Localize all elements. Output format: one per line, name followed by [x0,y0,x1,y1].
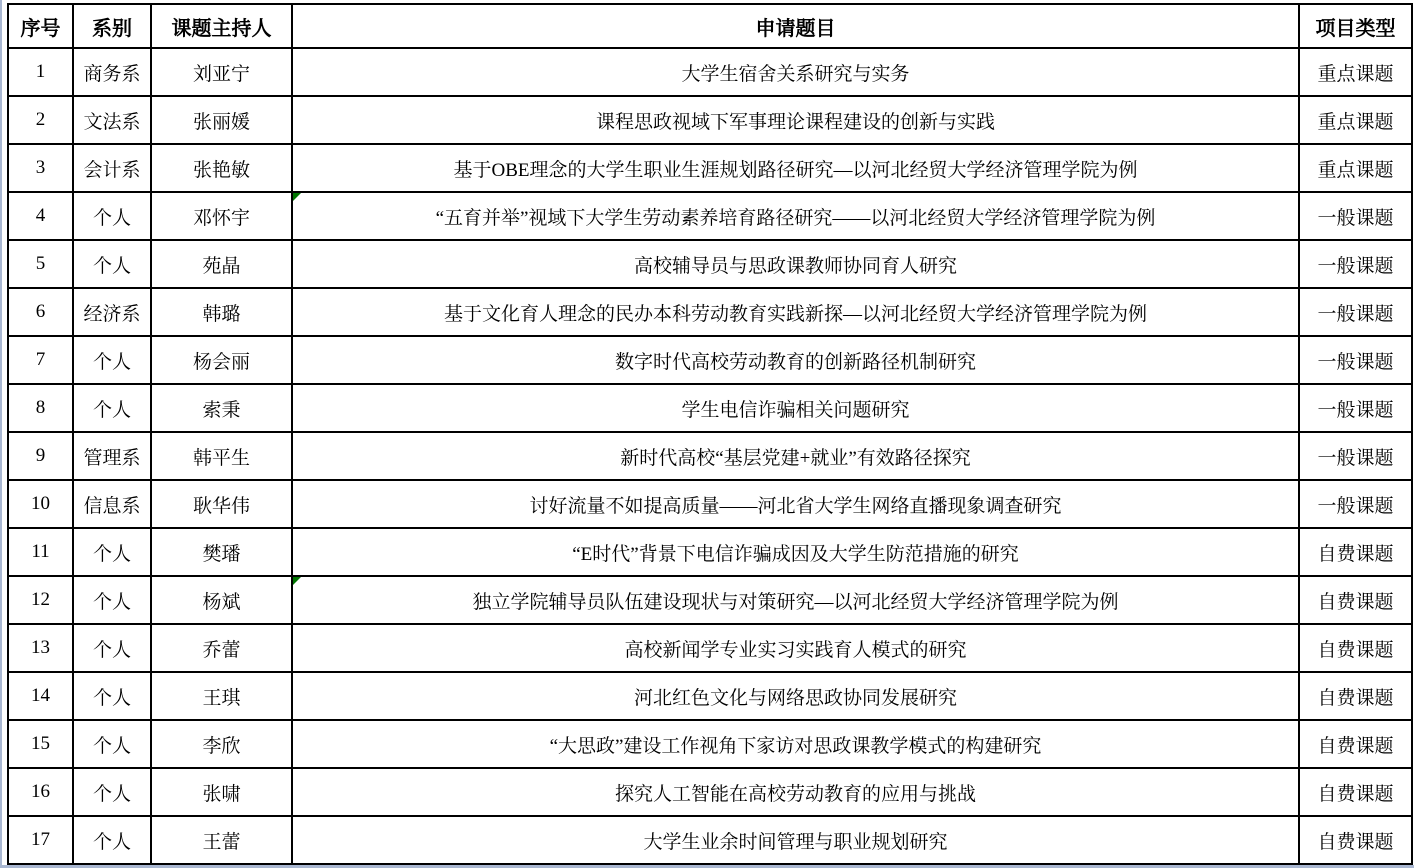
cell-title[interactable]: 探究人工智能在高校劳动教育的应用与挑战 [292,768,1299,816]
cell-text: 韩璐 [202,304,240,325]
cell-seq[interactable]: 14 [8,672,73,720]
cell-text: 杨斌 [202,592,240,613]
cell-text: 自费课题 [1317,736,1393,757]
cell-text: 7 [36,349,46,370]
cell-text: 重点课题 [1317,160,1393,181]
cell-seq[interactable]: 10 [8,480,73,528]
cell-text: 一般课题 [1317,256,1393,277]
cell-text: 个人 [93,688,131,709]
cell-title[interactable]: 基于OBE理念的大学生职业生涯规划路径研究—以河北经贸大学经济管理学院为例 [292,144,1299,192]
cell-dept[interactable]: 会计系 [73,144,151,192]
cell-text: 个人 [93,640,131,661]
cell-type[interactable]: 自费课题 [1299,672,1412,720]
cell-title[interactable]: 课程思政视域下军事理论课程建设的创新与实践 [292,96,1299,144]
column-header-leader[interactable]: 课题主持人 [151,4,292,48]
cell-type[interactable]: 重点课题 [1299,144,1412,192]
cell-text: 李欣 [202,736,240,757]
table-row: 3会计系张艳敏基于OBE理念的大学生职业生涯规划路径研究—以河北经贸大学经济管理… [8,144,1412,192]
cell-seq[interactable]: 7 [8,336,73,384]
cell-text: 基于OBE理念的大学生职业生涯规划路径研究—以河北经贸大学经济管理学院为例 [453,160,1137,181]
cell-leader[interactable]: 张啸 [151,768,292,816]
table-row: 8个人索秉学生电信诈骗相关问题研究一般课题 [8,384,1412,432]
cell-type[interactable]: 自费课题 [1299,624,1412,672]
cell-title[interactable]: 新时代高校“基层党建+就业”有效路径探究 [292,432,1299,480]
cell-text: 10 [31,493,50,514]
cell-leader[interactable]: 耿华伟 [151,480,292,528]
cell-text: 高校新闻学专业实习实践育人模式的研究 [624,640,966,661]
cell-text: 刘亚宁 [193,64,250,85]
cell-text: 个人 [93,352,131,373]
cell-text: 14 [31,685,50,706]
sheet-edge-left [0,0,2,868]
table-row: 1商务系刘亚宁大学生宿舍关系研究与实务重点课题 [8,48,1412,96]
cell-leader[interactable]: 杨会丽 [151,336,292,384]
cell-text: 商务系 [83,64,140,85]
cell-text: 讨好流量不如提高质量——河北省大学生网络直播现象调查研究 [529,496,1061,517]
column-header-seq[interactable]: 序号 [8,4,73,48]
cell-text: 一般课题 [1317,208,1393,229]
cell-leader[interactable]: 韩平生 [151,432,292,480]
cell-type[interactable]: 一般课题 [1299,240,1412,288]
cell-dept[interactable]: 个人 [73,624,151,672]
cell-seq[interactable]: 17 [8,816,73,864]
column-header-type[interactable]: 项目类型 [1299,4,1412,48]
cell-seq[interactable]: 2 [8,96,73,144]
cell-type[interactable]: 一般课题 [1299,336,1412,384]
cell-text: 大学生宿舍关系研究与实务 [681,64,909,85]
cell-title[interactable]: “大思政”建设工作视角下家访对思政课教学模式的构建研究 [292,720,1299,768]
cell-dept[interactable]: 文法系 [73,96,151,144]
cell-dept[interactable]: 信息系 [73,480,151,528]
cell-leader[interactable]: 索秉 [151,384,292,432]
cell-type[interactable]: 自费课题 [1299,768,1412,816]
cell-text: 个人 [93,784,131,805]
cell-seq[interactable]: 11 [8,528,73,576]
cell-seq[interactable]: 8 [8,384,73,432]
cell-dept[interactable]: 经济系 [73,288,151,336]
cell-dept[interactable]: 个人 [73,672,151,720]
cell-text: 邓怀宇 [193,208,250,229]
cell-dept[interactable]: 个人 [73,720,151,768]
cell-text: 一般课题 [1317,496,1393,517]
table-row: 12个人杨斌独立学院辅导员队伍建设现状与对策研究—以河北经贸大学经济管理学院为例… [8,576,1412,624]
cell-seq[interactable]: 1 [8,48,73,96]
cell-type[interactable]: 一般课题 [1299,432,1412,480]
cell-title[interactable]: 大学生宿舍关系研究与实务 [292,48,1299,96]
cell-text: 大学生业余时间管理与职业规划研究 [643,832,947,853]
table-body: 1商务系刘亚宁大学生宿舍关系研究与实务重点课题2文法系张丽媛课程思政视域下军事理… [8,48,1412,864]
cell-error-indicator-icon [293,577,301,585]
cell-text: 个人 [93,208,131,229]
cell-text: 王琪 [202,688,240,709]
cell-title[interactable]: “E时代”背景下电信诈骗成因及大学生防范措施的研究 [292,528,1299,576]
cell-text: 杨会丽 [193,352,250,373]
table-row: 16个人张啸探究人工智能在高校劳动教育的应用与挑战自费课题 [8,768,1412,816]
cell-text: 重点课题 [1317,64,1393,85]
cell-text: 5 [36,253,46,274]
cell-seq[interactable]: 16 [8,768,73,816]
cell-text: 自费课题 [1317,688,1393,709]
cell-text: 河北红色文化与网络思政协同发展研究 [634,688,957,709]
cell-text: “五育并举”视域下大学生劳动素养培育路径研究——以河北经贸大学经济管理学院为例 [436,208,1156,229]
cell-type[interactable]: 一般课题 [1299,288,1412,336]
cell-text: 8 [36,397,46,418]
cell-text: 一般课题 [1317,400,1393,421]
cell-seq[interactable]: 9 [8,432,73,480]
cell-type[interactable]: 重点课题 [1299,48,1412,96]
table-row: 2文法系张丽媛课程思政视域下军事理论课程建设的创新与实践重点课题 [8,96,1412,144]
cell-type[interactable]: 一般课题 [1299,192,1412,240]
cell-text: 新时代高校“基层党建+就业”有效路径探究 [620,448,971,469]
cell-dept[interactable]: 个人 [73,576,151,624]
cell-title[interactable]: 学生电信诈骗相关问题研究 [292,384,1299,432]
table-row: 14个人王琪河北红色文化与网络思政协同发展研究自费课题 [8,672,1412,720]
cell-text: 张艳敏 [193,160,250,181]
cell-type[interactable]: 一般课题 [1299,480,1412,528]
cell-leader[interactable]: 乔蕾 [151,624,292,672]
cell-text: 张啸 [202,784,240,805]
cell-text: 独立学院辅导员队伍建设现状与对策研究—以河北经贸大学经济管理学院为例 [472,592,1118,613]
cell-title[interactable]: 讨好流量不如提高质量——河北省大学生网络直播现象调查研究 [292,480,1299,528]
cell-text: 个人 [93,400,131,421]
cell-title[interactable]: 高校辅导员与思政课教师协同育人研究 [292,240,1299,288]
cell-dept[interactable]: 个人 [73,240,151,288]
cell-type[interactable]: 自费课题 [1299,720,1412,768]
cell-text: 一般课题 [1317,448,1393,469]
cell-text: 王蕾 [202,832,240,853]
column-header-label: 申请题目 [756,18,836,40]
cell-seq[interactable]: 15 [8,720,73,768]
cell-title[interactable]: 基于文化育人理念的民办本科劳动教育实践新探—以河北经贸大学经济管理学院为例 [292,288,1299,336]
cell-leader[interactable]: 杨斌 [151,576,292,624]
cell-title[interactable]: 数字时代高校劳动教育的创新路径机制研究 [292,336,1299,384]
cell-text: 自费课题 [1317,592,1393,613]
cell-seq[interactable]: 5 [8,240,73,288]
cell-type[interactable]: 自费课题 [1299,576,1412,624]
cell-dept[interactable]: 商务系 [73,48,151,96]
cell-text: 课程思政视域下军事理论课程建设的创新与实践 [596,112,995,133]
cell-text: 张丽媛 [193,112,250,133]
cell-text: 樊璠 [202,544,240,565]
cell-leader[interactable]: 王蕾 [151,816,292,864]
cell-text: 15 [31,733,50,754]
cell-type[interactable]: 自费课题 [1299,816,1412,864]
cell-text: 13 [31,637,50,658]
cell-text: 乔蕾 [202,640,240,661]
table-row: 15个人李欣“大思政”建设工作视角下家访对思政课教学模式的构建研究自费课题 [8,720,1412,768]
cell-text: 经济系 [83,304,140,325]
cell-text: 数字时代高校劳动教育的创新路径机制研究 [615,352,976,373]
cell-text: “E时代”背景下电信诈骗成因及大学生防范措施的研究 [572,544,1018,565]
cell-text: 12 [31,589,50,610]
column-header-label: 序号 [21,18,61,40]
cell-error-indicator-icon [293,193,301,201]
cell-text: 9 [36,445,46,466]
cell-text: 学生电信诈骗相关问题研究 [681,400,909,421]
table-row: 5个人苑晶高校辅导员与思政课教师协同育人研究一般课题 [8,240,1412,288]
cell-leader[interactable]: 韩璐 [151,288,292,336]
table-row: 4个人邓怀宇“五育并举”视域下大学生劳动素养培育路径研究——以河北经贸大学经济管… [8,192,1412,240]
table-row: 13个人乔蕾高校新闻学专业实习实践育人模式的研究自费课题 [8,624,1412,672]
cell-dept[interactable]: 个人 [73,384,151,432]
cell-dept[interactable]: 管理系 [73,432,151,480]
table-row: 6经济系韩璐基于文化育人理念的民办本科劳动教育实践新探—以河北经贸大学经济管理学… [8,288,1412,336]
cell-text: 6 [36,301,46,322]
header-row: 序号系别课题主持人申请题目项目类型 [8,4,1412,48]
cell-text: 一般课题 [1317,304,1393,325]
cell-text: 17 [31,829,50,850]
cell-title[interactable]: “五育并举”视域下大学生劳动素养培育路径研究——以河北经贸大学经济管理学院为例 [292,192,1299,240]
cell-text: 1 [36,61,46,82]
cell-seq[interactable]: 12 [8,576,73,624]
cell-text: 会计系 [83,160,140,181]
column-header-label: 课题主持人 [172,18,272,40]
cell-text: “大思政”建设工作视角下家访对思政课教学模式的构建研究 [550,736,1042,757]
cell-text: 信息系 [83,496,140,517]
table-row: 9管理系韩平生新时代高校“基层党建+就业”有效路径探究一般课题 [8,432,1412,480]
cell-seq[interactable]: 13 [8,624,73,672]
cell-text: 索秉 [202,400,240,421]
cell-text: 2 [36,109,46,130]
cell-dept[interactable]: 个人 [73,768,151,816]
cell-title[interactable]: 大学生业余时间管理与职业规划研究 [292,816,1299,864]
cell-text: 探究人工智能在高校劳动教育的应用与挑战 [615,784,976,805]
cell-leader[interactable]: 王琪 [151,672,292,720]
cell-title[interactable]: 独立学院辅导员队伍建设现状与对策研究—以河北经贸大学经济管理学院为例 [292,576,1299,624]
column-header-label: 系别 [92,18,132,40]
cell-text: 个人 [93,592,131,613]
cell-leader[interactable]: 张丽媛 [151,96,292,144]
cell-text: 自费课题 [1317,640,1393,661]
table-row: 17个人王蕾大学生业余时间管理与职业规划研究自费课题 [8,816,1412,864]
cell-type[interactable]: 一般课题 [1299,384,1412,432]
cell-text: 11 [31,541,49,562]
cell-text: 管理系 [83,448,140,469]
cell-type[interactable]: 重点课题 [1299,96,1412,144]
cell-text: 耿华伟 [193,496,250,517]
cell-text: 16 [31,781,50,802]
cell-leader[interactable]: 刘亚宁 [151,48,292,96]
cell-seq[interactable]: 4 [8,192,73,240]
cell-title[interactable]: 高校新闻学专业实习实践育人模式的研究 [292,624,1299,672]
cell-dept[interactable]: 个人 [73,816,151,864]
cell-leader[interactable]: 张艳敏 [151,144,292,192]
cell-leader[interactable]: 苑晶 [151,240,292,288]
cell-text: 高校辅导员与思政课教师协同育人研究 [634,256,957,277]
column-header-dept[interactable]: 系别 [73,4,151,48]
table-row: 10信息系耿华伟讨好流量不如提高质量——河北省大学生网络直播现象调查研究一般课题 [8,480,1412,528]
cell-type[interactable]: 自费课题 [1299,528,1412,576]
table-row: 11个人樊璠“E时代”背景下电信诈骗成因及大学生防范措施的研究自费课题 [8,528,1412,576]
cell-seq[interactable]: 3 [8,144,73,192]
cell-text: 个人 [93,736,131,757]
cell-text: 一般课题 [1317,352,1393,373]
cell-text: 重点课题 [1317,112,1393,133]
cell-leader[interactable]: 李欣 [151,720,292,768]
cell-text: 个人 [93,544,131,565]
cell-text: 基于文化育人理念的民办本科劳动教育实践新探—以河北经贸大学经济管理学院为例 [444,304,1147,325]
cell-text: 4 [36,205,46,226]
cell-text: 自费课题 [1317,544,1393,565]
column-header-title[interactable]: 申请题目 [292,4,1299,48]
projects-table: 序号系别课题主持人申请题目项目类型 1商务系刘亚宁大学生宿舍关系研究与实务重点课… [7,3,1413,865]
cell-text: 苑晶 [202,256,240,277]
cell-text: 自费课题 [1317,784,1393,805]
table-row: 7个人杨会丽数字时代高校劳动教育的创新路径机制研究一般课题 [8,336,1412,384]
cell-text: 自费课题 [1317,832,1393,853]
cell-leader[interactable]: 邓怀宇 [151,192,292,240]
cell-text: 个人 [93,256,131,277]
cell-dept[interactable]: 个人 [73,336,151,384]
cell-text: 个人 [93,832,131,853]
cell-text: 韩平生 [193,448,250,469]
cell-seq[interactable]: 6 [8,288,73,336]
cell-title[interactable]: 河北红色文化与网络思政协同发展研究 [292,672,1299,720]
cell-text: 3 [36,157,46,178]
cell-dept[interactable]: 个人 [73,528,151,576]
column-header-label: 项目类型 [1316,18,1396,40]
cell-leader[interactable]: 樊璠 [151,528,292,576]
cell-text: 文法系 [83,112,140,133]
cell-dept[interactable]: 个人 [73,192,151,240]
